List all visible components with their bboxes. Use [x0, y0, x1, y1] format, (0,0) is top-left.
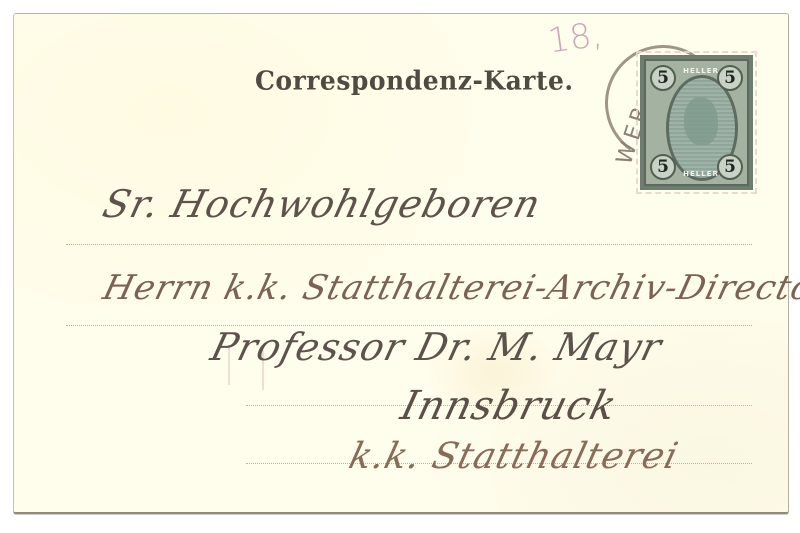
handwritten-recipient-title: Herrn k.k. Statthalterei-Archiv-Director [99, 268, 800, 308]
stamp-denomination-top-left: 5 [650, 65, 676, 91]
handwritten-city: Innsbruck [396, 383, 621, 429]
stamp-denomination-bottom-right: 5 [717, 154, 743, 180]
handwritten-office: k.k. Statthalterei [345, 436, 683, 477]
emperor-portrait-icon [684, 97, 718, 145]
handwritten-salutation: Sr. Hochwohlgeboren [99, 182, 546, 226]
stamp-frame: HELLER HELLER 5 5 5 5 [644, 59, 749, 186]
handwritten-recipient-name: Professor Dr. M. Mayr [207, 325, 667, 369]
stamp-denomination-bottom-left: 5 [650, 154, 676, 180]
postcard-title: Correspondenz-Karte. [255, 65, 574, 95]
address-line-1 [66, 244, 752, 245]
stamp-label-bottom: HELLER [681, 170, 721, 178]
stamp-denomination-top-right: 5 [717, 65, 743, 91]
stamp-label-top: HELLER [681, 67, 721, 75]
pencil-annotation: 18, [545, 14, 604, 61]
postage-stamp: HELLER HELLER 5 5 5 5 [640, 55, 753, 190]
